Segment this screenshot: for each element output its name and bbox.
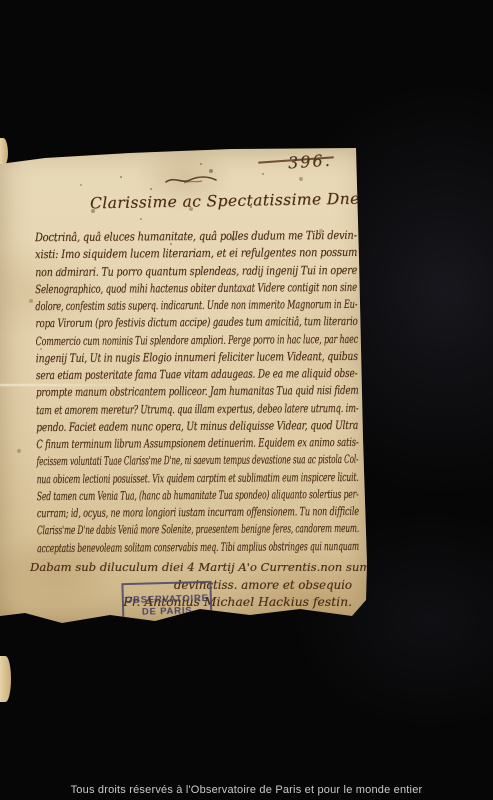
letter-body-line: Commercio cum nominis Tui splendore ampl… xyxy=(36,331,256,350)
letter-body-line: fecissem voluntati Tuae Clariss'me D'ne,… xyxy=(36,452,239,471)
observatoire-de-paris-stamp: OBSERVATOIRE DE PARIS xyxy=(121,581,212,629)
copyright-caption: Tous droits réservés à l'Observatoire de… xyxy=(0,784,493,796)
letter-body-line: Clariss'me D'ne dabis Veniâ more Solenit… xyxy=(37,521,243,540)
letter-dateline: Dabam sub diluculum diei 4 Martij A'o Cu… xyxy=(30,560,348,574)
letter-body-line: tam et amorem meretur? Utrumq. qua illam… xyxy=(36,400,265,419)
photo-backdrop: 396. Clarissime ac Spectatissime Dne. Do… xyxy=(0,0,493,800)
manuscript-page: 396. Clarissime ac Spectatissime Dne. Do… xyxy=(0,148,368,626)
adjacent-page-edge-top xyxy=(0,138,8,164)
letter-body-line: sera etiam posteritate fama Tuae vitam a… xyxy=(36,365,283,384)
letter-body-line: dolore, confestim satis superq. indicaru… xyxy=(35,297,261,316)
letter-body-line: acceptatis benevoleam solitam conservabi… xyxy=(37,538,247,557)
dateline-place-date: Dabam sub diluculum diei 4 Martij A'o Cu… xyxy=(30,560,320,574)
letter-body-line: prompte manum obstricantem polliceor. Ja… xyxy=(36,383,277,402)
letter-body-line: Selenographico, quod mihi hactenus obite… xyxy=(35,279,271,298)
letter-body-line: Sed tamen cum Venia Tua, (hanc ab humani… xyxy=(37,486,249,505)
letter-body-line: Doctrinâ, quâ eluces humanitate, quâ pol… xyxy=(35,227,309,246)
letter-body-line: ingenij Tui, Ut in nugis Elogio innumeri… xyxy=(36,348,293,367)
letter-body: Doctrinâ, quâ eluces humanitate, quâ pol… xyxy=(35,227,359,557)
letter-body-line: C finum terminum librum Assumpsionem det… xyxy=(36,435,268,454)
letter-body-line: xisti: Imo siquidem lucem literariam, et… xyxy=(35,244,309,263)
letter-salutation: Clarissime ac Spectatissime Dne. xyxy=(90,190,365,213)
letter-body-line: curram; id, ocyus, ne mora longiori iust… xyxy=(37,504,261,523)
folio-number: 396. xyxy=(287,151,332,173)
adjacent-page-edge-bottom xyxy=(0,656,11,702)
dateline-valediction: non sum Clariss. D'nis Tuae xyxy=(320,560,484,574)
letter-body-line: non admirari. Tu porro quantum splendeas… xyxy=(35,262,299,281)
stamp-line-2: DE PARIS xyxy=(142,605,193,617)
letter-body-line: ropa Virorum (pro festivis dictum accipe… xyxy=(35,314,275,333)
stamp-line-1: OBSERVATOIRE xyxy=(125,592,209,605)
letter-body-line: pendo. Faciet eadem nunc opera, Ut minus… xyxy=(36,417,287,436)
ink-flourish xyxy=(164,174,218,186)
letter-body-line: nua obicem lectioni posuisset. Vix quide… xyxy=(37,469,250,488)
